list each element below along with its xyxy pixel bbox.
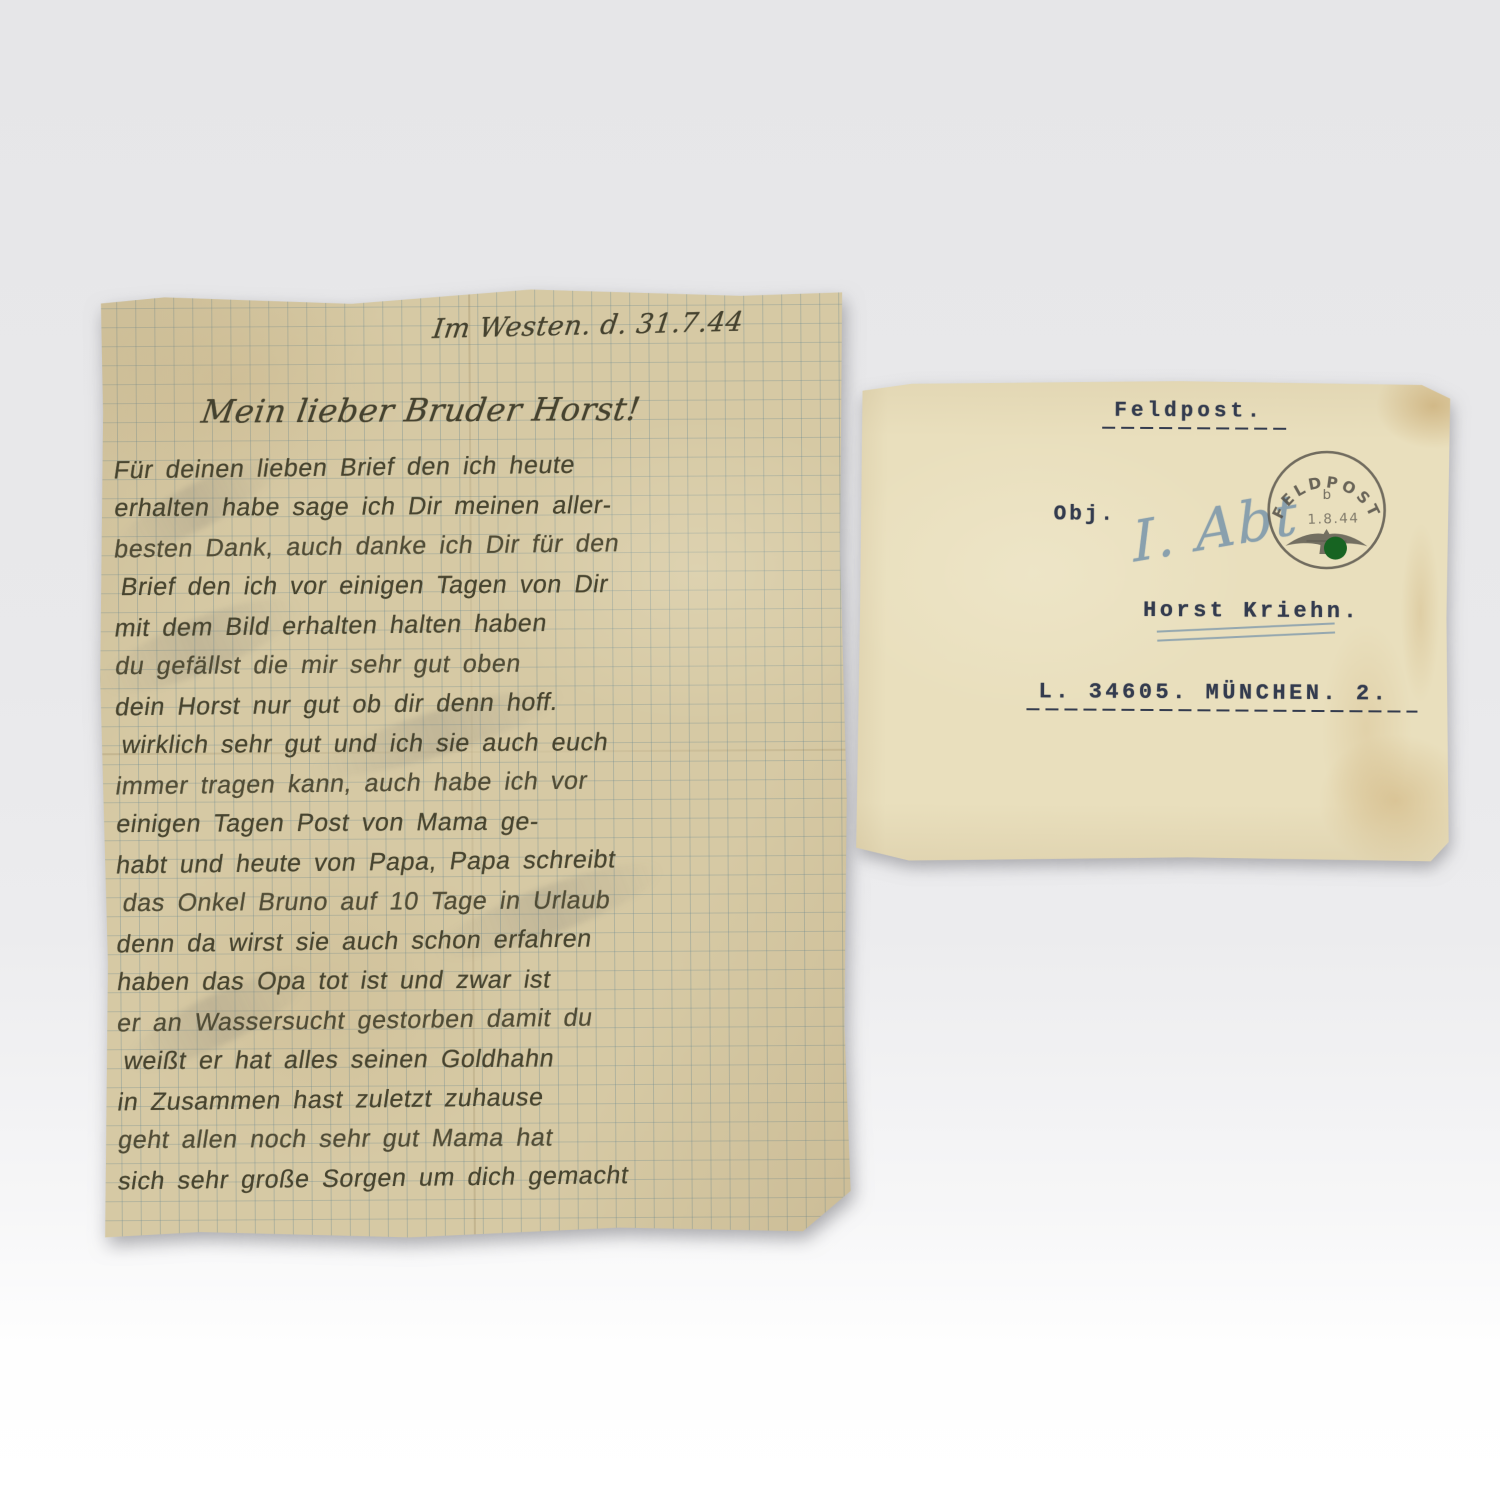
handwriting-line: habt und heute von Papa, Papa schreibt	[113, 838, 843, 886]
handwriting-line: Brief den ich vor einigen Tagen von Dir	[118, 563, 842, 607]
postmark-code-letter: b	[1322, 487, 1331, 503]
letter-sheet: Im Westen. d. 31.7.44 Mein lieber Bruder…	[97, 285, 851, 1240]
addressee-name: Horst Kriehn.	[1143, 598, 1360, 624]
handwriting-line: geht allen noch sehr gut Mama hat	[115, 1116, 845, 1160]
handwriting-line: wirklich sehr gut und ich sie auch euch	[119, 721, 843, 765]
handwriting-line: sich sehr große Sorgen um dich gemacht	[115, 1154, 845, 1202]
handwriting-line: das Onkel Bruno auf 10 Tage in Urlaub	[120, 879, 844, 923]
handwriting-line: besten Dank, auch danke ich Dir für den	[111, 522, 841, 570]
letter-paper: Im Westen. d. 31.7.44 Mein lieber Bruder…	[97, 285, 851, 1240]
handwriting-line: dein Horst nur gut ob dir denn hoff.	[112, 680, 842, 728]
letter-body: Für deinen lieben Brief den ich heuteerh…	[114, 445, 843, 1200]
handwriting-line: denn da wirst sie auch schon erfahren	[114, 917, 844, 965]
handwriting-line: erhalten habe sage ich Dir meinen aller-	[111, 484, 841, 528]
photo-backdrop: Im Westen. d. 31.7.44 Mein lieber Bruder…	[0, 0, 1500, 1500]
handwriting-line: einigen Tagen Post von Mama ge-	[113, 800, 843, 844]
postmark-stamp: FELDPOST b 1.8.44	[1263, 447, 1390, 574]
envelope-paper: Feldpost. Obj. I. Abt Horst Kriehn. L. 3…	[856, 378, 1452, 864]
envelope-obj-label: Obj.	[1054, 503, 1117, 526]
censor-note-underline	[1157, 622, 1335, 641]
handwriting-line: haben das Opa tot ist und zwar ist	[114, 958, 844, 1002]
handwriting-line: Für deinen lieben Brief den ich heute	[111, 443, 841, 491]
handwriting-line: du gefällst die mir sehr gut oben	[112, 642, 842, 686]
handwriting-line: in Zusammen hast zuletzt zuhause	[115, 1075, 845, 1123]
handwriting-line: er an Wassersucht gestorben damit du	[114, 996, 844, 1044]
postmark-date: 1.8.44	[1307, 510, 1359, 527]
envelope-feldpost-header: Feldpost.	[1102, 400, 1292, 430]
address-line: L. 34605. MÜNCHEN. 2.	[1026, 679, 1417, 712]
handwriting-line: mit dem Bild erhalten halten haben	[112, 601, 842, 649]
handwriting-line: immer tragen kann, auch habe ich vor	[113, 759, 843, 807]
letter-salutation: Mein lieber Bruder Horst!	[199, 390, 643, 431]
censor-dot	[1324, 537, 1347, 560]
envelope: Feldpost. Obj. I. Abt Horst Kriehn. L. 3…	[856, 378, 1452, 864]
letter-date-line: Im Westen. d. 31.7.44	[431, 307, 746, 345]
handwriting-line: weißt er hat alles seinen Goldhahn	[121, 1037, 845, 1081]
